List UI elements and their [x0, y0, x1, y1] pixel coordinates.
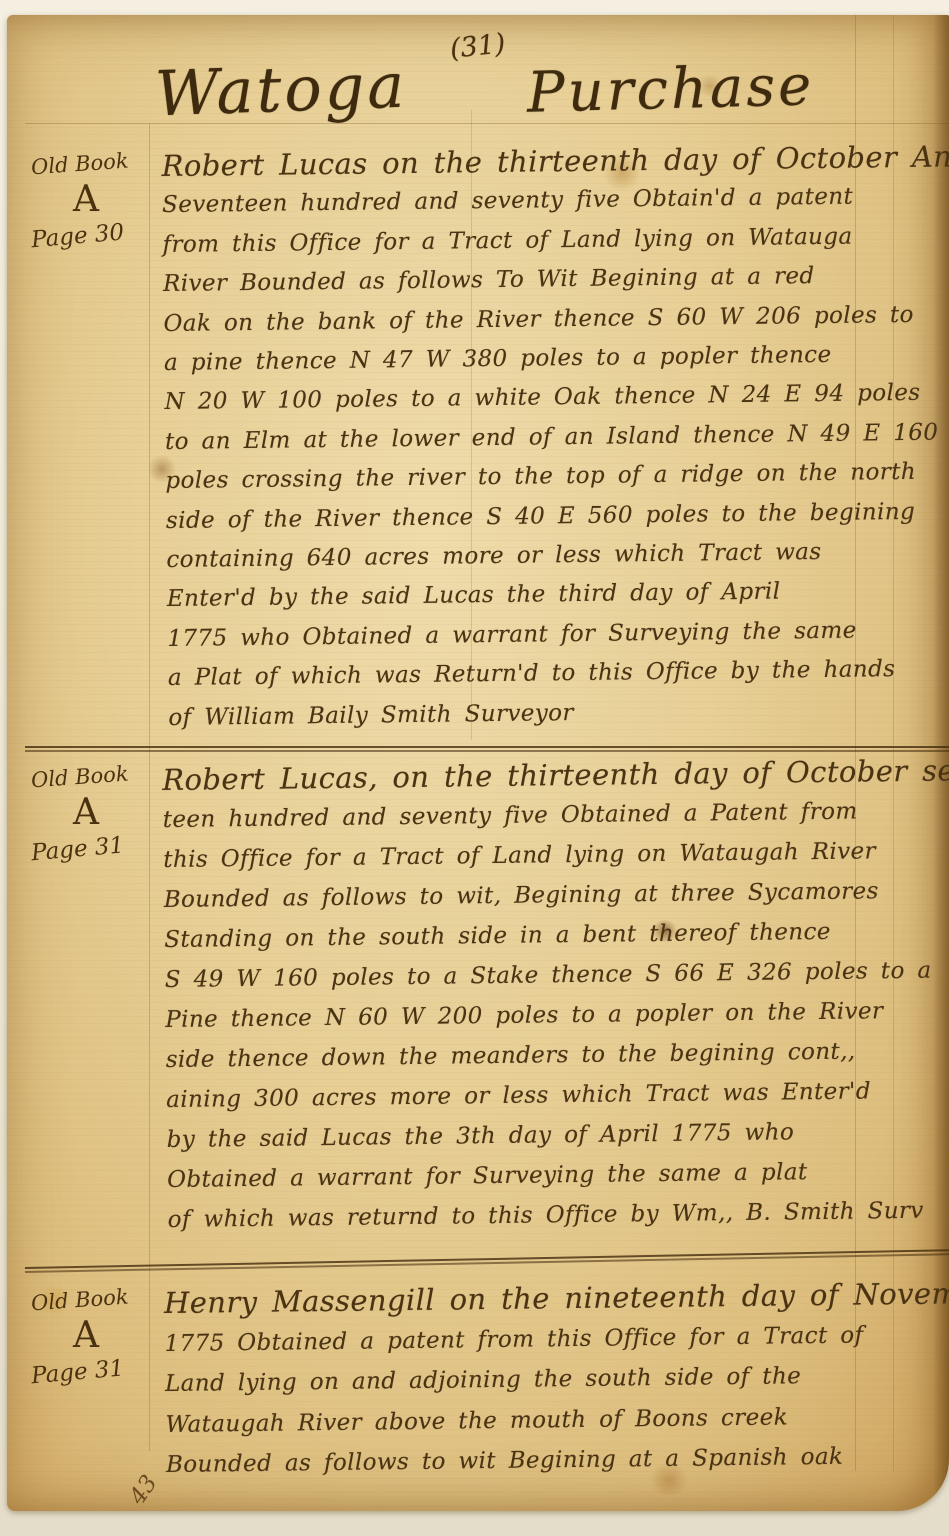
margin-page-label: Page 31 [30, 1353, 157, 1390]
entry-text: Robert Lucas on the thirteenth day of Oc… [161, 137, 948, 738]
page-title-purchase: Purchase [526, 53, 815, 125]
margin-book-label: Old Book [30, 760, 156, 793]
margin-volume-letter: A [73, 1315, 156, 1356]
margin-book-label: Old Book [30, 1283, 156, 1316]
photo-background: (31) Watoga Purchase Old Book A Page 30 … [0, 0, 949, 1536]
handwritten-line: Bounded as follows to wit Begining at a … [166, 1435, 946, 1485]
deed-book-page: (31) Watoga Purchase Old Book A Page 30 … [7, 15, 949, 1511]
page-title-watoga: Watoga [154, 49, 409, 131]
deed-entry: Old Book A Page 31 Robert Lucas, on the … [7, 760, 949, 1260]
page-number: (31) [449, 28, 507, 65]
margin-note: Old Book A Page 30 [31, 151, 156, 248]
deed-entry: Old Book A Page 31 Henry Massengill on t… [7, 1283, 949, 1493]
margin-book-label: Old Book [30, 147, 156, 180]
entry-text: Robert Lucas, on the thirteenth day of O… [162, 750, 948, 1239]
entry-text: Henry Massengill on the nineteenth day o… [164, 1273, 946, 1485]
handwritten-line: of which was returnd to this Office by W… [167, 1190, 947, 1240]
margin-volume-letter: A [73, 179, 156, 220]
deed-entry: Old Book A Page 30 Robert Lucas on the t… [7, 147, 949, 747]
margin-note: Old Book A Page 31 [31, 764, 156, 861]
margin-volume-letter: A [73, 792, 156, 833]
margin-page-label: Page 30 [30, 217, 157, 254]
margin-page-label: Page 31 [30, 830, 157, 867]
margin-note: Old Book A Page 31 [31, 1287, 156, 1384]
